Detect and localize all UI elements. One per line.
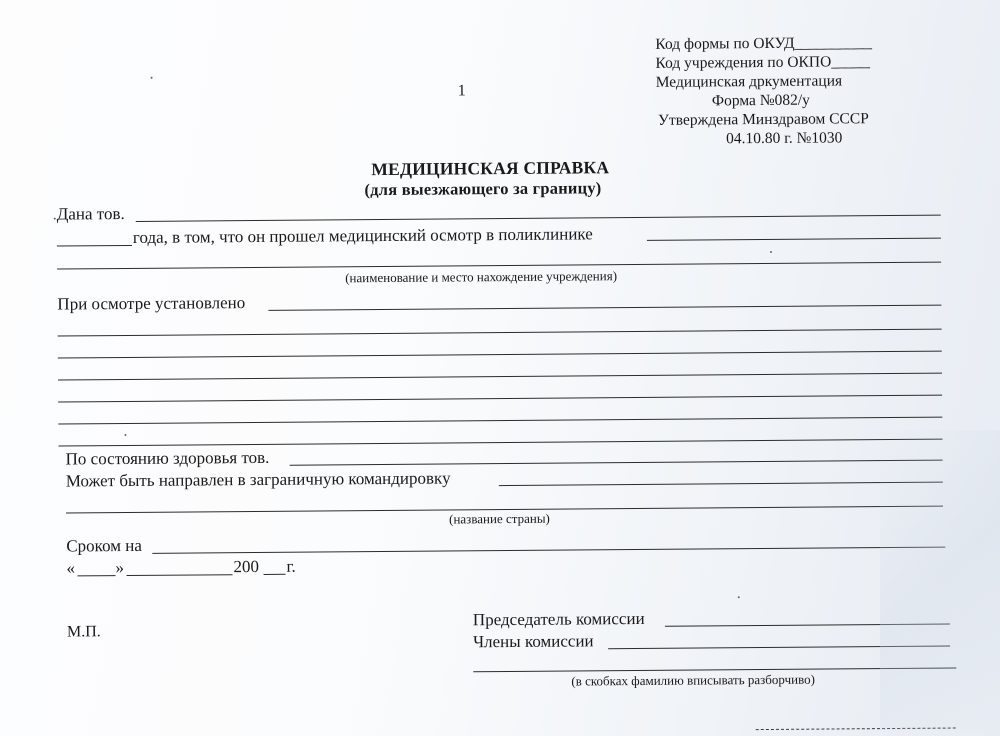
health-status-label: По состоянию здоровья тов. [66, 448, 270, 470]
scan-speck [54, 218, 56, 220]
commission-members-label: Члены комиссии [473, 631, 594, 652]
signature-caption: (в скобках фамилию вписывать разборчиво) [571, 672, 815, 690]
approved-by-label: Утверждена Минздравом СССР [656, 109, 873, 130]
health-status-name-field[interactable] [290, 460, 943, 466]
business-trip-field[interactable] [499, 482, 943, 486]
institution-caption: (наименование и место нахождение учрежде… [345, 268, 617, 286]
date-open-quote: « [66, 558, 75, 578]
term-duration-field[interactable] [152, 547, 945, 554]
date-day-field[interactable] [78, 575, 116, 576]
scan-speck [151, 77, 153, 79]
year-prefix: 200 [233, 557, 259, 577]
document-subtitle: (для выезжающего за границу) [364, 178, 601, 200]
document-type-label: Медицинская дркументация [656, 71, 873, 92]
country-caption: (название страны) [449, 511, 550, 528]
form-number-label: Форма №082/у [656, 90, 873, 111]
term-label: Сроком на [66, 536, 142, 557]
findings-label: При осмотре установлено [57, 293, 245, 314]
bottom-edge-dashed-line [756, 728, 956, 731]
scan-speck [124, 434, 126, 436]
okud-code-label: Код формы по ОКУД__________ [655, 33, 872, 54]
document-title: МЕДИЦИНСКАЯ СПРАВКА [371, 157, 609, 180]
findings-field-line-4[interactable] [58, 373, 942, 381]
findings-field-line-7[interactable] [59, 439, 943, 447]
year-suffix: г. [286, 557, 295, 577]
scan-speck [770, 251, 772, 253]
date-month-field[interactable] [127, 574, 233, 576]
findings-field-line-2[interactable] [58, 329, 942, 337]
findings-field-line-5[interactable] [58, 395, 942, 403]
page-number: 1 [458, 82, 466, 100]
polyclinic-field[interactable] [647, 238, 941, 241]
findings-field-line-3[interactable] [58, 351, 942, 359]
findings-field-line-1[interactable] [268, 305, 941, 311]
okpo-code-label: Код учреждения по ОКПО_____ [655, 52, 872, 73]
commission-members-signature-field[interactable] [608, 646, 950, 650]
commission-chairman-signature-field[interactable] [665, 624, 950, 627]
birth-year-field[interactable] [57, 245, 132, 247]
date-close-quote: » [115, 558, 124, 578]
commission-chairman-label: Председатель комиссии [473, 609, 645, 630]
findings-field-line-6[interactable] [58, 417, 942, 425]
issued-to-name-field[interactable] [136, 215, 941, 222]
medical-certificate-form: Код формы по ОКУД__________ Код учрежден… [0, 0, 1000, 736]
may-be-sent-label: Может быть направлен в заграничную коман… [66, 468, 451, 491]
issued-to-label: Дана тов. [57, 204, 125, 225]
scan-speck [738, 596, 740, 598]
exam-sentence-text: года, в том, что он прошел медицинский о… [133, 224, 593, 248]
stamp-place-label: М.П. [67, 623, 101, 641]
approval-date-label: 04.10.80 г. №1030 [656, 128, 873, 149]
date-year-field[interactable] [264, 574, 286, 575]
form-header-block: Код формы по ОКУД__________ Код учрежден… [655, 33, 873, 149]
